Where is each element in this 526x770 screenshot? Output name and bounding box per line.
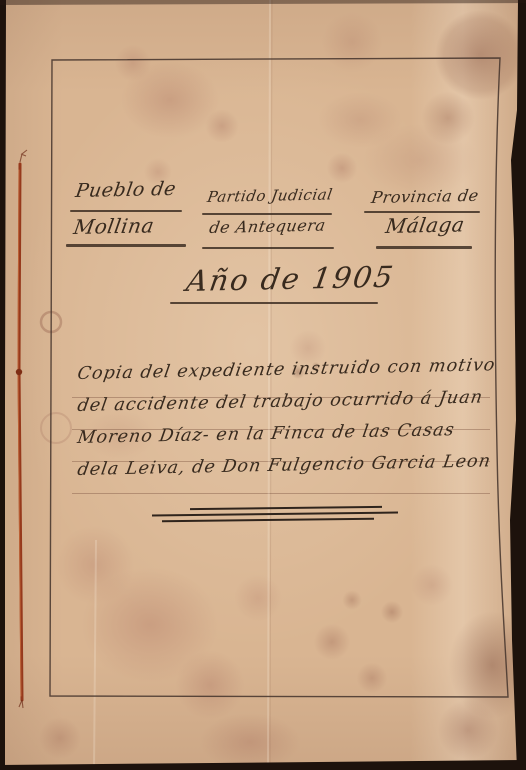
ruled-guideline (72, 493, 490, 494)
year-title: Año de 1905 (184, 260, 397, 298)
provincia-field-value: Málaga (384, 212, 466, 238)
underline (364, 211, 480, 213)
partido-field-label: Partido Judicial (206, 185, 334, 206)
underline (376, 246, 472, 249)
underline (202, 247, 334, 249)
underline (202, 213, 332, 215)
partido-field-value: de Antequera (208, 216, 327, 237)
pueblo-field-value: Mollina (72, 213, 156, 239)
pueblo-field-label: Pueblo de (74, 178, 178, 202)
underline (70, 210, 182, 212)
paper-background (0, 0, 526, 770)
scanned-document: Pueblo de Mollina Partido Judicial de An… (0, 0, 526, 770)
underline (66, 244, 186, 247)
provincia-field-label: Provincia de (370, 186, 480, 207)
